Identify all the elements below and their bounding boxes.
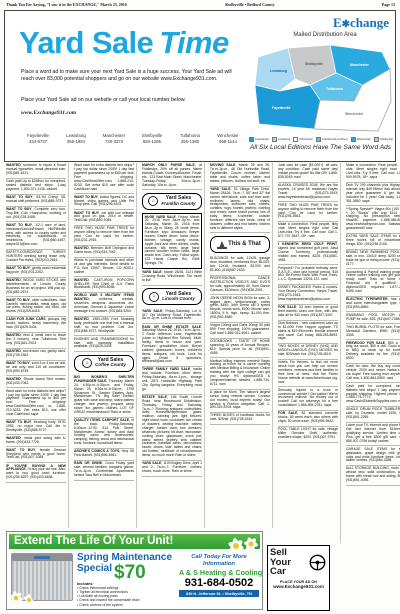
classified-ad: Want cash for extra diabetic test strips… <box>6 388 66 419</box>
headline-main: Yard Sale <box>19 25 153 60</box>
map-label-lewisburg: Lewisburg <box>270 69 287 73</box>
classified-ad: Make a connection. Real people, flirty c… <box>278 222 338 242</box>
classified-ad: SINGLE DRUM ROCK TUMBLER for sale, by Gr… <box>346 407 400 423</box>
classified-ad: JOHN DEERE NEON SIGN for sale, 3-legged … <box>210 295 270 322</box>
legend-swatch <box>272 137 277 142</box>
daisy-flowers-small-icon <box>7 588 37 608</box>
phone-entry: Tullahoma455-1380 <box>171 133 209 146</box>
classified-ad: FOR SALE, 33 burn barrels or good feed b… <box>278 305 338 321</box>
classified-ad: TWO BURIAL PLOTS for sale, Franklin Memo… <box>346 324 400 340</box>
phone-entry: Winchester968-1144 <box>209 133 247 146</box>
classified-ad: ESTATE SALE, 166 South Lincoln Road, nea… <box>142 395 202 461</box>
classified-ad: FIREWOOD FOR SALE, $50 a rick, long cut … <box>346 340 400 364</box>
section-header-this-that: This & That <box>210 236 270 253</box>
classified-ad: WANTED, conversion van, gently used. (93… <box>6 349 66 361</box>
classified-ad: CASH FOR JUNK CARS, pickups, big trucks,… <box>6 317 66 333</box>
classified-ad: WANTED, Rhode Island Red rooster. (931)4… <box>6 376 66 388</box>
classified-ad: WORLD WAR II MILITARY ITEMS WANTED, Unif… <box>74 293 134 317</box>
map-label-shelbyville: Shelbyville <box>305 62 323 66</box>
promo-price: $70 <box>114 564 146 581</box>
classified-ad: PROFESSIONAL DANCE INSTRUCTION VIDEO'S A… <box>210 276 270 296</box>
banner-title: Extend The Life Of Your Unit! <box>9 534 260 549</box>
map-legend: FayettevilleLewisburgWinchesterTullahoma… <box>245 137 397 142</box>
classified-ad: WANT TO BUY, gently used residential fla… <box>6 266 66 278</box>
classified-ad: SWIMMING POOL MOTOR AND PUMP for sale, $… <box>346 312 400 324</box>
map-title: Mailed Distribution Area <box>260 32 390 38</box>
classified-ad: Medical billing trainees needed! Begin t… <box>210 358 270 389</box>
classified-ad: WANTED, metal yard swing with A-frame. (… <box>6 435 66 447</box>
classified-ad: YARD SALE, 1109 Bugley Drive, April 1 an… <box>142 461 202 477</box>
classified-ad: COOKBOOKS - TASTE OF HOME spanning 10 ye… <box>210 339 270 359</box>
legend-swatch <box>316 137 321 142</box>
classified-ad: HUGE YARD SALE, Friday, March 25, 2016 f… <box>142 213 202 269</box>
banner-contact: Call Today For More Information A & S He… <box>179 554 259 597</box>
classified-column-1: WANTED, someone to repair a Kmart manual… <box>6 163 69 528</box>
promo-paragraph-2: Place your Yard Sale ad on our website o… <box>21 97 233 104</box>
traffic-cone-icon <box>219 241 225 248</box>
classified-ad: ALASKA CRUISES 2016! We are the experts,… <box>278 183 338 203</box>
classified-ad: WANTED, field & small barn to lease (for… <box>6 333 66 349</box>
classified-column-2: Want cash for extra diabetic test strips… <box>74 163 137 528</box>
classified-ad: BRAND NEW SWIMMING POOL for sale, in box… <box>346 250 400 270</box>
classified-ad: Cash paid for unexpired, sealed diabetic… <box>346 383 400 407</box>
classified-ad: WANT TO BUY, older collectibles: Jack Da… <box>6 297 66 317</box>
phone-table: Fayetteville433-9737Lewisburg359-1894Man… <box>19 133 247 146</box>
classified-ad: EXTRA YARD SALE ITEMS for sale, three bo… <box>346 234 400 250</box>
map-label-winchester: Winchester <box>345 112 364 116</box>
classified-ad: Make a connection. Real people, flirty c… <box>346 163 400 183</box>
legend-swatch <box>249 137 254 142</box>
classified-ad: Pregnant? For probable birthday send: S.… <box>278 265 338 285</box>
banner-bullets: Check thermostat settingsTighten all ele… <box>77 586 185 607</box>
banner-bullet: Check controls of the system <box>77 603 185 607</box>
classified-ad: WANT TO BUY, Complete zero turn, Troy-Bi… <box>6 207 66 223</box>
exchange-logo: E✱change <box>333 15 389 31</box>
classified-ad: FREE TWO HUGE PINE TREES for anyone will… <box>278 202 338 222</box>
company-phone[interactable]: 931-684-0502 <box>179 577 259 589</box>
classified-ad: ARCHIE'S COMICS & TOYS, Hwy. 55 Flea Mar… <box>74 449 134 461</box>
classified-ad: Dish TV 190 channels plus Highspeed Inte… <box>346 183 400 207</box>
map-label-tullahoma: Tullahoma <box>326 87 343 91</box>
classified-ad: Wants to purchase minerals and other oil… <box>74 258 134 278</box>
sell-your-car-ad[interactable]: Sell Your Car PLACE YOUR AD ON www.Excha… <box>267 545 330 611</box>
classified-ad: FREE TWO HUGE PINE TREES for anyone will… <box>74 226 134 246</box>
classified-ad: WANTED, someone to repair a Kmart manual… <box>6 163 66 179</box>
classified-ad: WANTED, 1983-1990 Ford Mustang body, pre… <box>74 317 134 337</box>
classified-ad: DISNEY PACKAGES! Parks & cruises. Your D… <box>278 285 338 305</box>
classified-ad: ELECTRIC TYPEWRITER, has case and some i… <box>346 297 400 313</box>
classified-ad: I KENNETH REED GOLF PRINT, signed and nu… <box>278 242 338 266</box>
star-icon: ✱ <box>342 19 350 30</box>
classified-ad: WANT TO BUY, solid 3 or 4 ton air unit, … <box>6 361 66 377</box>
classified-ad: Seriously injured in a truck or commerci… <box>278 387 338 411</box>
page-number: Page 15 <box>382 2 395 7</box>
classified-ad: Cash for cars: We buy any condition vehi… <box>346 364 400 384</box>
classified-ad: WANT TO BUY, '63-'64 Chevy, V8, manual s… <box>6 195 66 207</box>
yard-sale-icon: ⌂ <box>149 292 159 302</box>
newspaper-page: Thank You For Saying, "I saw it in the E… <box>0 0 400 614</box>
distribution-map: Lewisburg Shelbyville Manchester Tullaho… <box>250 39 392 135</box>
legend-item: Manchester <box>351 137 371 142</box>
classified-ad: Cash paid-Up to $25/box for unexpired, s… <box>6 179 66 195</box>
promo-paragraph-1: Place a word ad to make sure your next Y… <box>21 69 233 83</box>
classified-ad: YARD SALE, 33 Village Park Drive, March … <box>210 187 270 234</box>
company-address: 830 N. Jefferson St. • Shelbyville, TN <box>179 590 259 597</box>
classified-ad: MOVING SALE, March 25 and 26, 7a.m.-3p.m… <box>210 163 270 187</box>
masthead-slogan: Thank You For Saying, "I saw it in the E… <box>6 2 127 7</box>
section-header-yard-sales: ⌂Yard SalesCoffee County <box>74 355 134 372</box>
map-label-fayetteville: Fayetteville <box>272 106 291 110</box>
classified-column-6: Make a connection. Real people, flirty c… <box>346 163 400 608</box>
classified-ad: POOL TABLE LIGHT for sale, vintage Mille… <box>278 427 338 443</box>
classified-ad: A place for Mom. The nation's largest se… <box>210 390 270 414</box>
classified-ad: Hotels For Heroes- to find out more abou… <box>278 360 338 387</box>
yard-sale-promo-box: Yard SaleTime Place a word ad to make su… <box>4 10 396 162</box>
classified-ad: QUALITY ITEMS CARPORT SALE, in the back,… <box>74 418 134 449</box>
classified-ad: TWO BOXES of DISNEY (VHS) AND MISCELLANE… <box>278 344 338 360</box>
classified-ad: Want cash for extra diabetic test strips… <box>74 163 134 194</box>
classified-ad: Dish Network - new customers save up to … <box>278 321 338 345</box>
classified-column-5: Junk cars for cash ($1,000+), all cars, … <box>278 163 341 543</box>
yard-sale-icon: ⌂ <box>82 358 92 368</box>
legend-item: Shelbyville <box>374 137 393 142</box>
classified-ad: Junk cars for cash ($1,000+), all cars, … <box>278 163 338 183</box>
map-label-manchester: Manchester <box>350 63 370 67</box>
classified-ad: FOR SALE, 82 standard concrete blocks, 8… <box>278 411 338 427</box>
section-header-yard-sales: ⌂Yard SalesLincoln County <box>142 288 202 305</box>
classified-ad: ENGINES AND TRANSMISSIONS for sale, with… <box>74 336 134 352</box>
classified-ad: WANT TO BUY, car with low mileage and go… <box>74 210 134 226</box>
classified-ad: WANT TO BUY, Action figures, DC and Marv… <box>74 194 134 210</box>
phone-entry: Fayetteville433-9737 <box>19 133 57 146</box>
classified-ad: WANT TO BUY, 1/2-1 acre of land, Vanntow… <box>6 222 66 249</box>
hvac-banner-ad[interactable]: Extend The Life Of Your Unit! <box>6 531 263 610</box>
exchange-url[interactable]: www.Exchange931.com <box>270 584 327 589</box>
classified-ad: WANT TO BUY, Mustang body 1978-1992, no … <box>6 420 66 436</box>
classified-ad: IF YOU'RE BUYING A NEW APPLIANCE, I'll b… <box>6 463 66 483</box>
company-name: A & S Heating & Cooling <box>179 568 259 577</box>
map-tagline: All Six Local Editions Have The Same Wor… <box>243 144 398 151</box>
legend-swatch <box>351 137 356 142</box>
promo-headline: Yard SaleTime <box>19 25 229 61</box>
steering-wheel-icon <box>309 554 326 571</box>
legend-item: Fayetteville <box>249 137 269 142</box>
classified-ad: WANTED, Breeder, Buff Orpington and Game… <box>74 246 134 258</box>
classified-ad: RAIN OR SHINE ESTATE SALE, Saturday, Mar… <box>142 324 202 367</box>
legend-item: Lewisburg <box>272 137 290 142</box>
edition-label: Shelbyville • Bedford County <box>225 2 275 7</box>
classified-ad: SAFETY-CONSCIENCE TURKEY HUNTERS seeking… <box>6 250 66 266</box>
phone-entry: Manchester728-3273 <box>95 133 133 146</box>
classified-ad: YARD SALE, March 25/26, 2121 Bible Cross… <box>142 270 202 286</box>
headline-italic: Time <box>159 25 228 60</box>
section-header-yard-sales: ⌂Yard SalesFranklin County <box>142 193 202 210</box>
yard-sale-icon: ⌂ <box>148 196 158 206</box>
classified-ad: WANT TO BUY, female German Shepherd who … <box>6 447 66 463</box>
classified-ad: WANTED, CAST-IRON POPCORN SHELLER, Red C… <box>74 277 134 293</box>
promo-line-2: Special <box>77 564 112 575</box>
phone-entry: Shelbyville684-1285 <box>133 133 171 146</box>
classified-ad: GARAGE SALE ITEMS for sale, glassware; g… <box>346 446 400 466</box>
classified-column-4: MOVING SALE, March 25 and 26, 7a.m.-3p.m… <box>210 163 273 528</box>
banner-promo: Spring Maintenance Special $70 Includes:… <box>77 553 185 607</box>
call-today-label: Call Today For More Information <box>179 554 259 567</box>
classified-ad: BUILDINGS for sale, 12x28, garage door, … <box>210 256 270 276</box>
classified-ad: THREE FAMILY YARD SALE, inside and outsi… <box>142 367 202 394</box>
classified-ad: **Spring Special** Viagra 60x (100 mg) +… <box>346 206 400 233</box>
phone-entry: Lewisburg359-1894 <box>57 133 95 146</box>
legend-item: Tullahoma/Lynchburg <box>316 137 348 142</box>
classified-ad: WANTED, WOOD YARD STICKS with advertisem… <box>6 278 66 298</box>
classified-ad: BIG WOMEN'S SHELTER FUNDRAISER SALE, Thu… <box>74 375 134 418</box>
classified-ad: 8x12 STORAGE BUILDING, must sell, almost… <box>346 466 400 486</box>
page-header-strip: Thank You For Saying, "I saw it in the E… <box>0 2 400 10</box>
legend-swatch <box>293 137 298 142</box>
classified-ad: MARCH ONLY PURSE SALE, at Fiddlestyx, 20… <box>142 163 202 190</box>
legend-item: Winchester <box>293 137 313 142</box>
map-svg: Lewisburg Shelbyville Manchester Tullaho… <box>250 39 392 135</box>
classified-column-3: MARCH ONLY PURSE SALE, at Fiddlestyx, 20… <box>142 163 205 528</box>
classified-ad: YARD SALE, Friday-Saturday, Lot 6, 317 O… <box>142 308 202 324</box>
classified-ad: THREE BOXES of hardback books for sale, … <box>210 413 270 425</box>
classified-ad: RAIN OR SHINE, Good Friday yard sale, se… <box>74 461 134 481</box>
classified-ad: Accounting & Payroll training program! O… <box>346 269 400 296</box>
legend-swatch <box>374 137 379 142</box>
classified-ad: Viagra 100mg and Cialis 20mg! 50 pills $… <box>210 323 270 339</box>
classified-ad: Lower your TV, internet and phone bills!… <box>346 423 400 447</box>
website-link[interactable]: www.Exchange931.com <box>21 110 76 116</box>
